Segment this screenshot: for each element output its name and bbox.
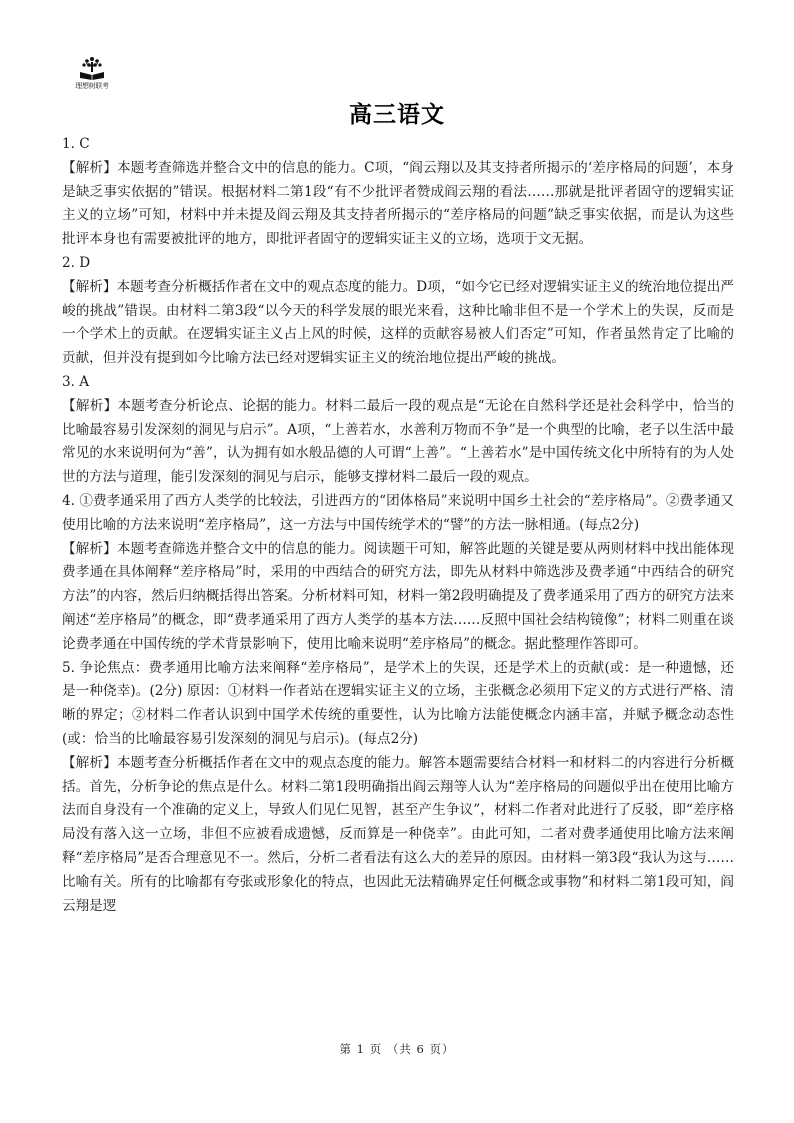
answer-1: 1. C 【解析】本题考查筛选并整合文中的信息的能力。C项，“阎云翔以及其支持者… xyxy=(62,133,734,252)
answer-paragraph: 5. 争论焦点：费孝通用比喻方法来阐释“差序格局”，是学术上的失误，还是学术上的… xyxy=(62,657,734,752)
analysis-paragraph: 【解析】本题考查分析论点、论据的能力。材料二最后一段的观点是“无论在自然科学还是… xyxy=(62,395,734,490)
answer-3: 3. A 【解析】本题考查分析论点、论据的能力。材料二最后一段的观点是“无论在自… xyxy=(62,371,734,490)
answer-2: 2. D 【解析】本题考查分析概括作者在文中的观点态度的能力。D项，“如今它已经… xyxy=(62,252,734,371)
page-footer: 第 1 页 （共 6 页） xyxy=(0,1041,794,1057)
publisher-logo: 理想树联考 xyxy=(68,56,116,91)
analysis-paragraph: 【解析】本题考查分析概括作者在文中的观点态度的能力。解答本题需要结合材料一和材料… xyxy=(62,752,734,919)
answer-4: 4. ①费孝通采用了西方人类学的比较法，引进西方的“团体格局”来说明中国乡土社会… xyxy=(62,490,734,657)
answer-paragraph: 4. ①费孝通采用了西方人类学的比较法，引进西方的“团体格局”来说明中国乡土社会… xyxy=(62,490,734,538)
analysis-paragraph: 【解析】本题考查筛选并整合文中的信息的能力。阅读题干可知，解答此题的关键是要从两… xyxy=(62,538,734,657)
answer-number: 3. A xyxy=(62,371,734,395)
answer-number: 1. C xyxy=(62,133,734,157)
analysis-paragraph: 【解析】本题考查分析概括作者在文中的观点态度的能力。D项，“如今它已经对逻辑实证… xyxy=(62,276,734,371)
analysis-paragraph: 【解析】本题考查筛选并整合文中的信息的能力。C项，“阎云翔以及其支持者所揭示的‘… xyxy=(62,157,734,252)
tree-book-logo-icon xyxy=(79,56,105,80)
answer-content: 1. C 【解析】本题考查筛选并整合文中的信息的能力。C项，“阎云翔以及其支持者… xyxy=(62,133,734,918)
logo-text: 理想树联考 xyxy=(68,81,116,91)
answer-number: 2. D xyxy=(62,252,734,276)
page-title: 高三语文 xyxy=(0,96,794,129)
answer-5: 5. 争论焦点：费孝通用比喻方法来阐释“差序格局”，是学术上的失误，还是学术上的… xyxy=(62,657,734,919)
